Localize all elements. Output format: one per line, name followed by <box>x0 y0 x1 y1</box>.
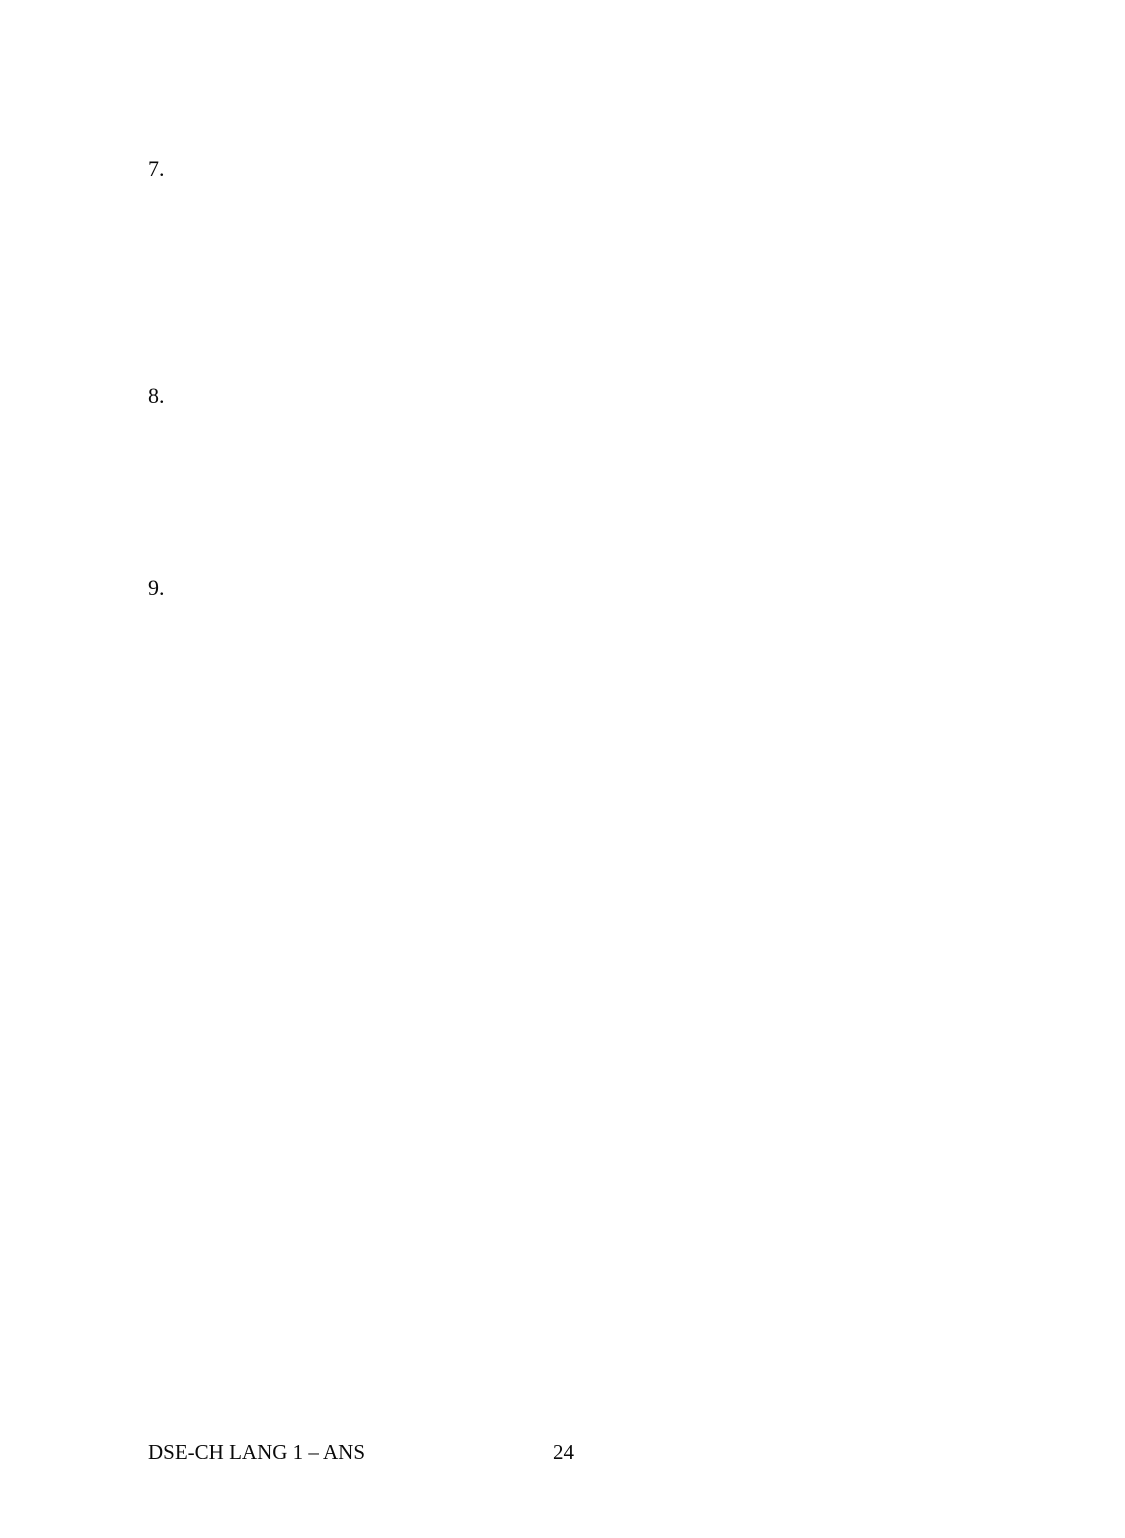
question-number: 9. <box>148 569 197 607</box>
question-8: 8. <box>148 377 197 415</box>
question-7: 7. <box>148 150 197 188</box>
document-page: 7. 8. 9. DSE-CH LANG 1 – ANS 24 <box>0 0 1125 1538</box>
footer-doc-code: DSE-CH LANG 1 – ANS <box>148 1438 365 1466</box>
footer-page-number: 24 <box>553 1438 574 1466</box>
question-9: 9. <box>148 569 197 607</box>
question-number: 8. <box>148 377 197 415</box>
question-number: 7. <box>148 150 197 188</box>
